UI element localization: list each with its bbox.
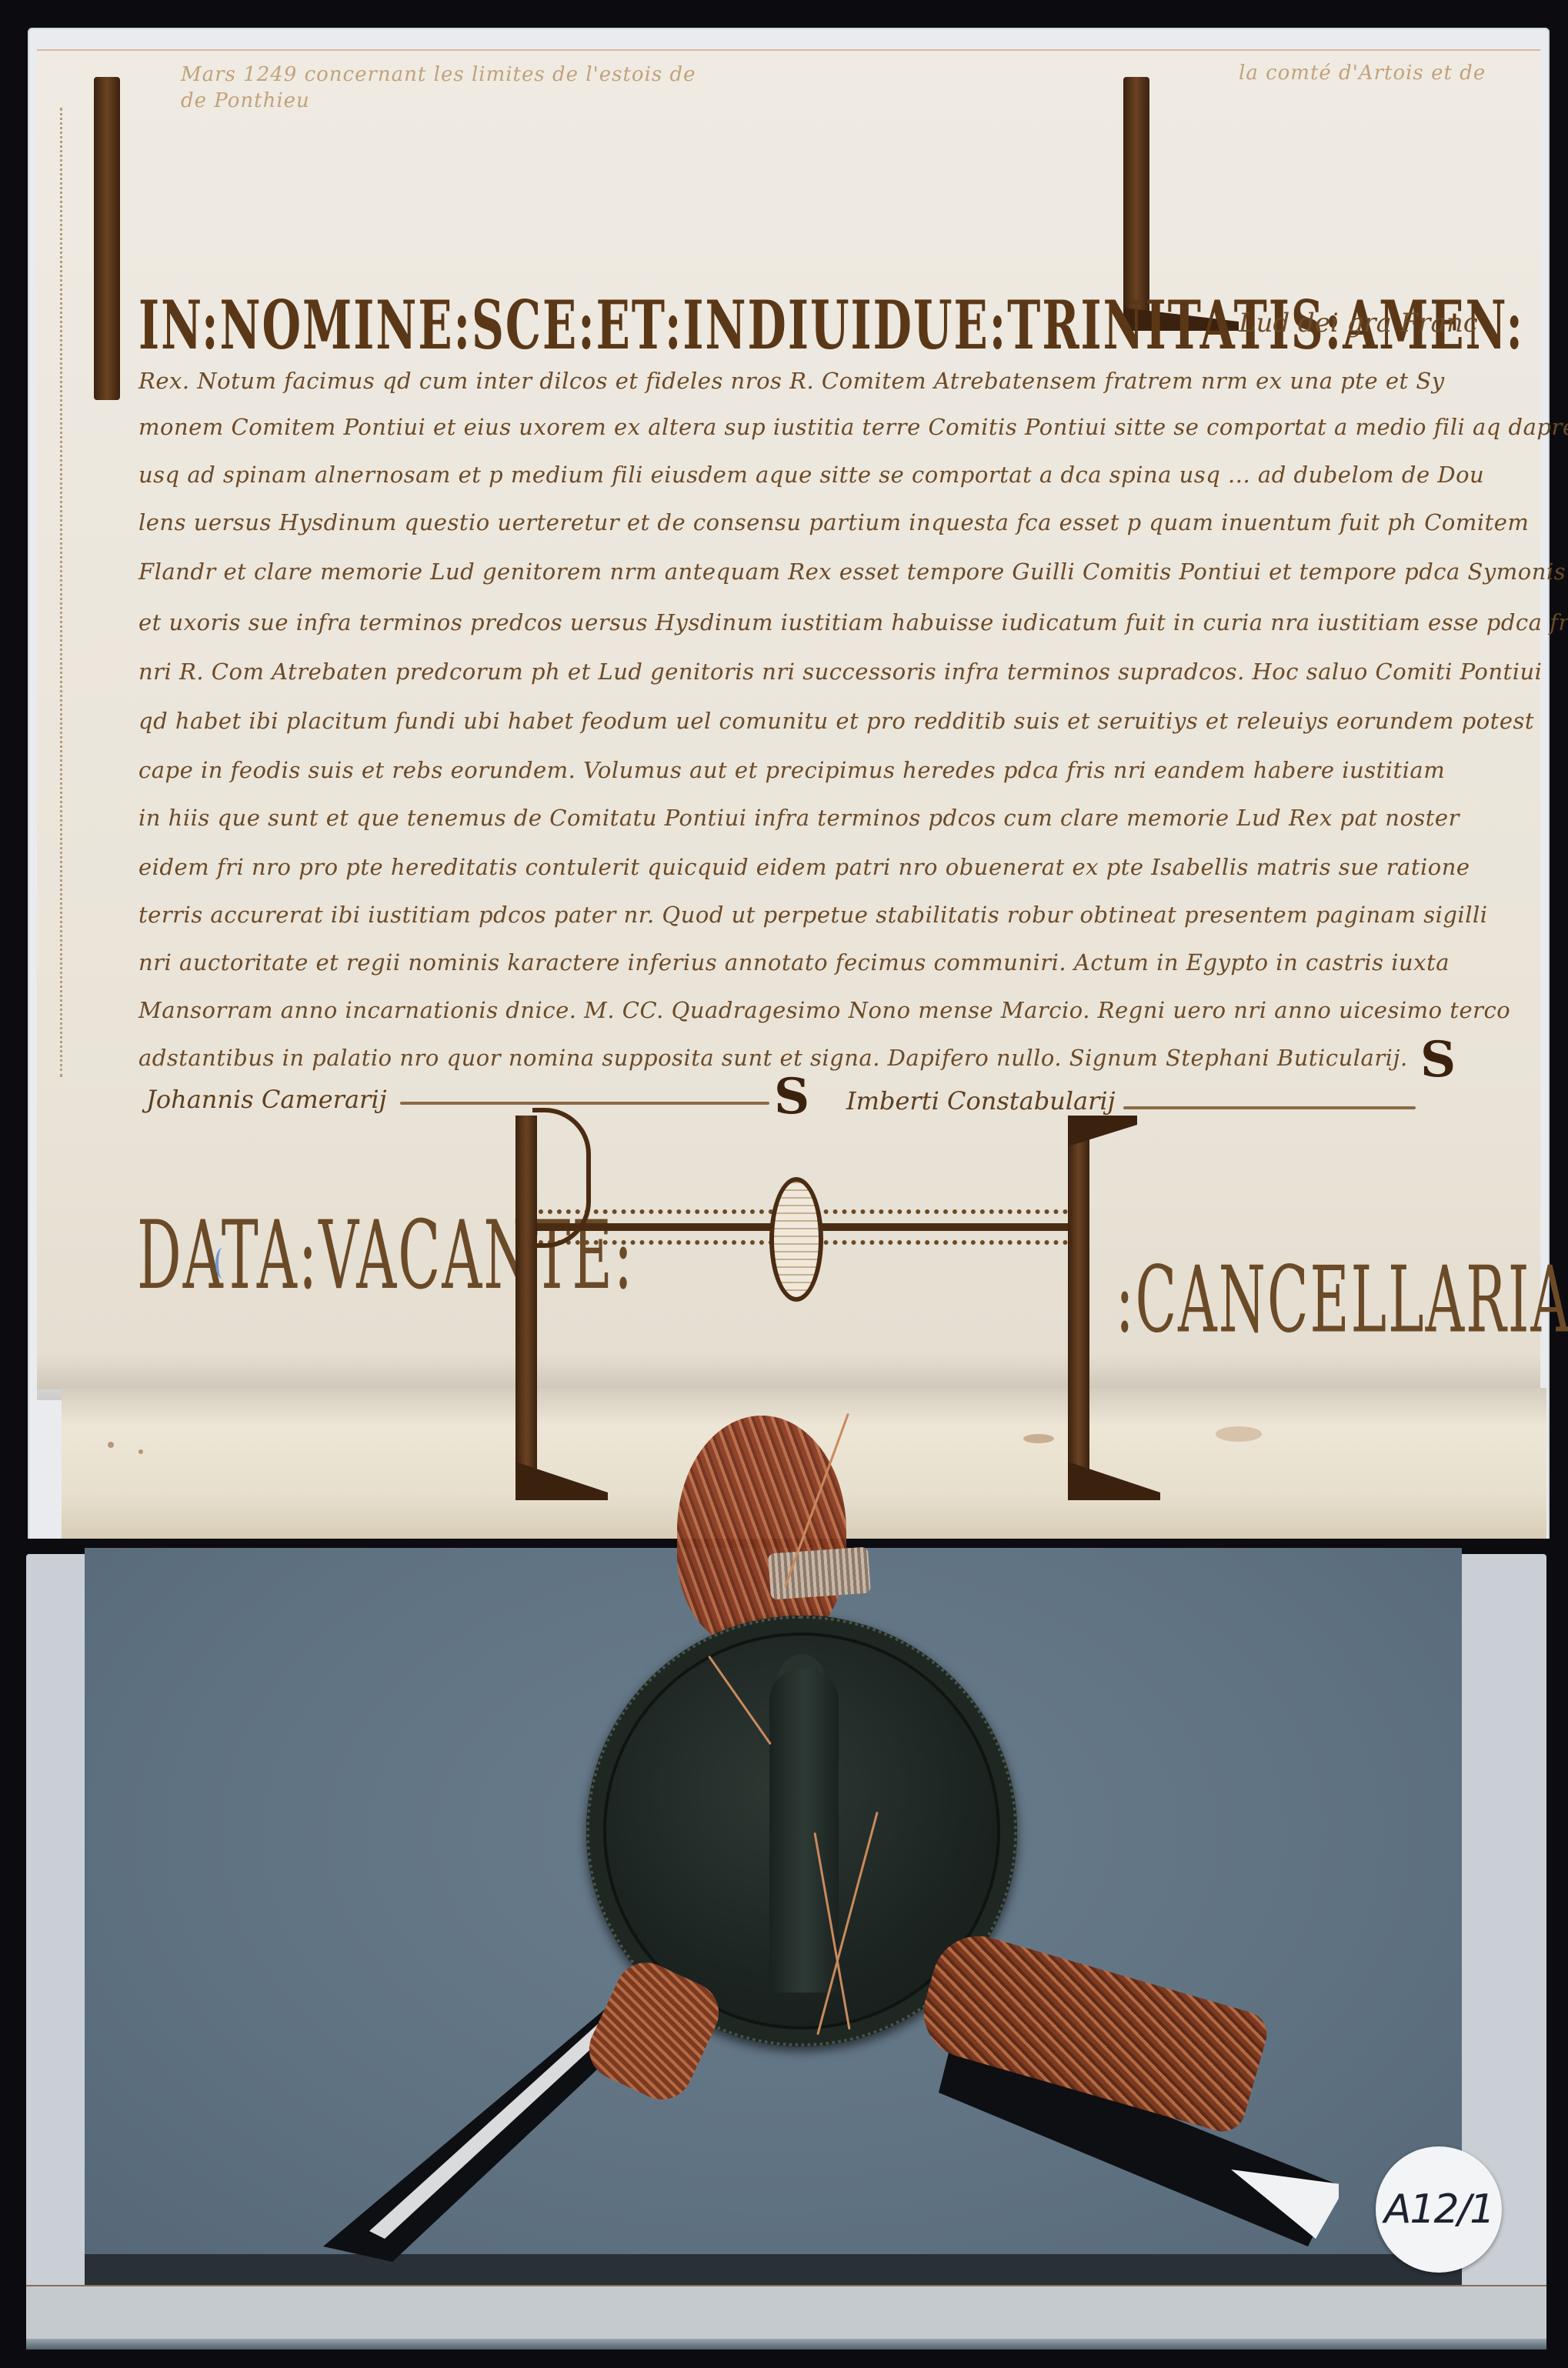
text-line: qd habet ibi placitum fundi ubi habet fe… bbox=[138, 708, 1534, 734]
signum-mark-stephani: S bbox=[1420, 1031, 1456, 1089]
box-bottom-rail bbox=[26, 2285, 1546, 2340]
slit-left-edge bbox=[369, 2008, 627, 2239]
silk-cord-top bbox=[677, 1416, 846, 1646]
invocation-tail: Lud dei gra Franc bbox=[1239, 308, 1478, 339]
annotation-right-fragment: la comté d'Artois et de bbox=[1239, 62, 1486, 85]
text-line: monem Comitem Pontiui et eius uxorem ex … bbox=[138, 414, 1568, 440]
initial-border-dots bbox=[60, 108, 78, 1077]
text-line: in hiis que sunt et que tenemus de Comit… bbox=[138, 805, 1460, 831]
monogram-letter-P-bowl bbox=[532, 1108, 591, 1248]
text-line: nri R. Com Atrebaten predcorum ph et Lud… bbox=[138, 659, 1542, 685]
sleeve-bottom-edge bbox=[26, 2339, 1546, 2350]
signature-rule bbox=[1123, 1106, 1416, 1109]
text-line: Mansorram anno incarnationis dnice. M. C… bbox=[138, 997, 1510, 1023]
text-line: eidem fri nro pro pte hereditatis contul… bbox=[138, 854, 1470, 880]
text-line: cape in feodis suis et rebs eorundem. Vo… bbox=[138, 757, 1445, 783]
signature-johannis: Johannis Camerarij bbox=[146, 1085, 387, 1114]
decorated-initial-I bbox=[94, 77, 120, 400]
ink-spot bbox=[138, 1449, 143, 1454]
label-text: A12/1 bbox=[1384, 2186, 1493, 2233]
stain bbox=[1216, 1426, 1262, 1442]
annotation-line-1: Mars 1249 concernant les limites de l'es… bbox=[181, 62, 696, 88]
text-line: nri auctoritate et regii nominis karacte… bbox=[138, 949, 1450, 976]
signum-mark-imberti: S bbox=[774, 1068, 809, 1126]
text-line: Flandr et clare memorie Lud genitorem nr… bbox=[138, 559, 1566, 585]
archival-annotation: Mars 1249 concernant les limites de l'es… bbox=[181, 62, 696, 114]
blue-pencil-mark bbox=[215, 1248, 229, 1279]
stain bbox=[1023, 1434, 1054, 1443]
text-line: adstantibus in palatio nro quor nomina s… bbox=[138, 1045, 1408, 1071]
cord-binding-band bbox=[768, 1547, 871, 1600]
archival-label-sticker: A12/1 bbox=[1376, 2146, 1502, 2273]
text-line: lens uersus Hysdinum questio uerteretur … bbox=[138, 509, 1529, 535]
monogram-letter-L-stem bbox=[1068, 1116, 1089, 1500]
text-line: Rex. Notum facimus qd cum inter dilcos e… bbox=[138, 368, 1445, 394]
text-line: usq ad spinam alnernosam et p medium fil… bbox=[138, 462, 1484, 488]
text-line: et uxoris sue infra terminos predcos uer… bbox=[138, 609, 1568, 635]
monogram-letter-O bbox=[769, 1177, 823, 1302]
seal-standing-figure bbox=[769, 1669, 839, 1993]
signature-rule bbox=[400, 1102, 769, 1105]
annotation-line-2: de Ponthieu bbox=[181, 88, 696, 114]
text-line: terris accurerat ibi iustitiam pdcos pat… bbox=[138, 902, 1488, 928]
signature-imberti: Imberti Constabularij bbox=[846, 1086, 1116, 1116]
cancellaria: :CANCELLARIA: bbox=[1116, 1246, 1568, 1353]
ink-spot bbox=[108, 1442, 114, 1448]
